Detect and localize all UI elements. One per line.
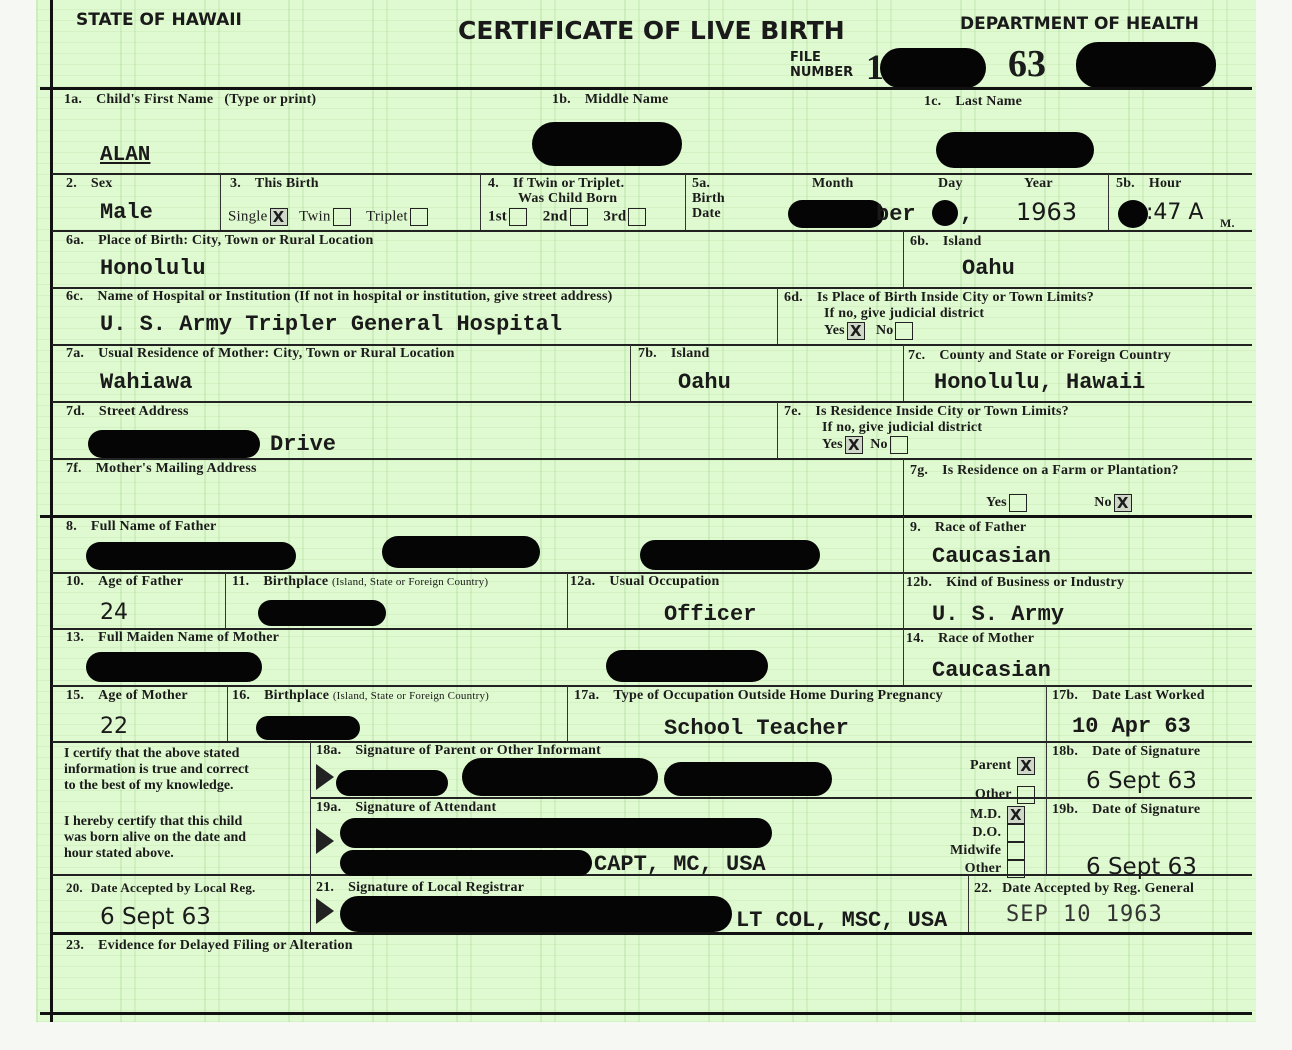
redaction [606, 650, 768, 682]
document-title: CERTIFICATE OF LIVE BIRTH [458, 16, 845, 45]
other-attendant-checkbox[interactable] [1007, 860, 1025, 878]
mother-residence-city: Wahiawa [100, 370, 192, 395]
redaction [936, 132, 1094, 168]
field-9-label: 9.Race of Father [910, 520, 1026, 536]
field-7c-label: 7c.County and State or Foreign Country [908, 348, 1171, 364]
race-of-mother: Caucasian [932, 658, 1051, 683]
field-1c-label: 1c.Last Name [924, 94, 1022, 110]
field-7a-label: 7a.Usual Residence of Mother: City, Town… [66, 346, 455, 362]
age-of-father: 24 [100, 600, 128, 625]
field-16-label: 16.Birthplace (Island, State or Foreign … [232, 688, 489, 704]
place-of-birth: Honolulu [100, 256, 206, 281]
field-7d-label: 7d.Street Address [66, 404, 189, 420]
date-last-worked: 10 Apr 63 [1072, 714, 1191, 739]
md-checkbox[interactable]: X [1007, 806, 1025, 824]
department-header: DEPARTMENT OF HEALTH [960, 14, 1199, 34]
year-label: Year [1024, 176, 1053, 192]
race-of-father: Caucasian [932, 544, 1051, 569]
divider [40, 87, 1252, 90]
second-checkbox[interactable] [570, 208, 588, 226]
divider [52, 401, 1252, 403]
mother-residence-county: Honolulu, Hawaii [934, 370, 1145, 395]
divider [310, 742, 311, 932]
divider [903, 459, 904, 515]
redaction [880, 48, 986, 88]
residence-inside-yes-checkbox[interactable]: X [845, 436, 863, 454]
this-birth-options: SingleX Twin Triplet [228, 208, 428, 226]
birth-hour-partial: :47 A [1146, 200, 1203, 225]
field-18b-label: 18b.Date of Signature [1052, 744, 1200, 760]
divider [903, 345, 904, 401]
field-17b-label: 17b.Date Last Worked [1052, 688, 1205, 704]
field-4-label: 4.If Twin or Triplet. Was Child Born [488, 176, 624, 206]
divider [567, 573, 568, 628]
redaction [86, 542, 296, 570]
do-checkbox[interactable] [1007, 824, 1025, 842]
field-18a-label: 18a.Signature of Parent or Other Informa… [316, 743, 601, 759]
divider [567, 686, 568, 741]
state-header: STATE OF HAWAII [76, 10, 242, 30]
field-19a-label: 19a.Signature of Attendant [316, 800, 496, 816]
redaction [1076, 42, 1216, 88]
signature-arrow-icon [316, 828, 334, 854]
divider [52, 741, 1252, 743]
field-6b-label: 6b.Island [910, 234, 981, 250]
residence-inside-no-checkbox[interactable] [890, 436, 908, 454]
divider [40, 515, 1252, 518]
father-occupation: Officer [664, 602, 756, 627]
farm-no-checkbox[interactable]: X [1114, 494, 1132, 512]
field-1b-label: 1b.Middle Name [552, 92, 668, 108]
attendant-certification: I hereby certify that this child was bor… [64, 814, 246, 862]
divider [52, 685, 1252, 687]
field-15-label: 15.Age of Mother [66, 688, 188, 704]
parent-checkbox[interactable]: X [1017, 757, 1035, 775]
local-reg-accepted-date: 6 Sept 63 [100, 904, 211, 930]
redaction [640, 540, 820, 570]
third-checkbox[interactable] [628, 208, 646, 226]
redaction [86, 652, 262, 682]
registrar-title: LT COL, MSC, USA [736, 908, 947, 933]
island-of-birth: Oahu [962, 256, 1015, 281]
attendant-title: CAPT, MC, USA [594, 852, 766, 877]
field-8-label: 8.Full Name of Father [66, 519, 216, 535]
signature-arrow-icon [316, 764, 334, 790]
divider [480, 174, 481, 230]
divider [630, 345, 631, 401]
field-12a-label: 12a.Usual Occupation [570, 574, 719, 590]
divider [777, 288, 778, 344]
divider [777, 402, 778, 458]
farm-options: Yes NoX [986, 494, 1132, 512]
informant-type-options: Parent X Other [970, 751, 1035, 809]
divider [225, 573, 226, 628]
father-industry: U. S. Army [932, 602, 1064, 627]
divider [52, 173, 1252, 175]
mother-residence-island: Oahu [678, 370, 731, 395]
field-7g-label: 7g.Is Residence on a Farm or Plantation? [910, 463, 1179, 479]
signature-arrow-icon [316, 898, 334, 924]
attendant-type-options: M.D. X D.O. Midwife Other [950, 806, 1025, 878]
midwife-checkbox[interactable] [1007, 842, 1025, 860]
redaction [340, 818, 772, 848]
field-23-label: 23.Evidence for Delayed Filing or Altera… [66, 938, 353, 954]
field-5a-label: 5a. Birth Date [692, 176, 725, 221]
day-label: Day [938, 176, 963, 192]
redaction [382, 536, 540, 568]
age-of-mother: 22 [100, 714, 128, 739]
field-6c-label: 6c.Name of Hospital or Institution (If n… [66, 289, 612, 305]
field-3-label: 3.This Birth [230, 176, 319, 192]
inside-city-no-checkbox[interactable] [895, 322, 913, 340]
mother-occupation: School Teacher [664, 716, 849, 741]
field-5b-label: 5b.Hour [1116, 176, 1182, 192]
field-6a-label: 6a.Place of Birth: City, Town or Rural L… [66, 233, 373, 249]
redaction [532, 122, 682, 166]
meridiem-suffix: M. [1220, 216, 1235, 231]
redaction [340, 850, 592, 876]
birth-year: 1963 [1016, 198, 1077, 226]
divider [685, 174, 686, 230]
farm-yes-checkbox[interactable] [1009, 494, 1027, 512]
field-2-label: 2.Sex [66, 176, 113, 192]
file-number-year: 63 [1008, 42, 1046, 86]
sex-value: Male [100, 200, 153, 225]
divider [1108, 174, 1109, 230]
file-number-label: FILE NUMBER [790, 50, 853, 80]
reg-general-accepted-stamp: SEP 10 1963 [1006, 902, 1163, 927]
bottom-border [40, 1012, 1252, 1015]
divider [903, 516, 904, 572]
redaction [462, 758, 658, 796]
divider [903, 573, 904, 628]
divider [968, 875, 969, 932]
twin-order-options: 1st 2nd 3rd [488, 208, 646, 226]
child-first-name: ALAN [100, 144, 150, 167]
inside-city-yes-checkbox[interactable]: X [847, 322, 865, 340]
redaction [664, 762, 832, 796]
redaction [932, 200, 958, 226]
field-13-label: 13.Full Maiden Name of Mother [66, 630, 279, 646]
field-7f-label: 7f.Mother's Mailing Address [66, 461, 257, 477]
redaction [256, 716, 360, 740]
redaction [340, 896, 732, 932]
divider [52, 230, 1252, 232]
divider [903, 231, 904, 287]
twin-checkbox[interactable] [333, 208, 351, 226]
month-label: Month [812, 176, 853, 192]
single-checkbox[interactable]: X [270, 208, 288, 226]
birth-month-partial: ber [876, 202, 916, 227]
informant-signature-date: 6 Sept 63 [1086, 768, 1197, 794]
divider [52, 932, 1252, 935]
attendant-signature-date: 6 Sept 63 [1086, 854, 1197, 880]
field-14-label: 14.Race of Mother [906, 631, 1034, 647]
first-checkbox[interactable] [509, 208, 527, 226]
field-20-label: 20.Date Accepted by Local Reg. [66, 880, 255, 896]
divider [227, 686, 228, 741]
field-10-label: 10.Age of Father [66, 574, 183, 590]
redaction [336, 770, 448, 796]
divider [310, 797, 1252, 799]
field-17a-label: 17a.Type of Occupation Outside Home Duri… [574, 688, 943, 704]
field-22-label: 22.Date Accepted by Reg. General [974, 881, 1194, 897]
street-address-partial: Drive [270, 432, 336, 457]
other-informant-checkbox[interactable] [1017, 786, 1035, 804]
field-19b-label: 19b.Date of Signature [1052, 802, 1200, 818]
divider [1046, 686, 1047, 741]
divider [52, 458, 1252, 460]
redaction [1118, 200, 1148, 228]
divider [1046, 742, 1047, 874]
informant-certification: I certify that the above stated informat… [64, 746, 249, 794]
field-21-label: 21.Signature of Local Registrar [316, 880, 524, 896]
redaction [258, 600, 386, 626]
triplet-checkbox[interactable] [410, 208, 428, 226]
field-1a-label: 1a.Child's First Name (Type or print) [64, 92, 316, 108]
redaction [88, 430, 260, 458]
redaction [788, 200, 884, 228]
field-7b-label: 7b.Island [638, 346, 709, 362]
divider [220, 174, 221, 230]
hospital-name: U. S. Army Tripler General Hospital [100, 312, 562, 337]
divider [903, 629, 904, 685]
field-11-label: 11.Birthplace (Island, State or Foreign … [232, 574, 488, 590]
left-border [50, 0, 53, 1022]
field-12b-label: 12b.Kind of Business or Industry [906, 575, 1124, 591]
field-7e-label: 7e.Is Residence Inside City or Town Limi… [784, 404, 1069, 454]
field-6d-label: 6d.Is Place of Birth Inside City or Town… [784, 290, 1094, 340]
